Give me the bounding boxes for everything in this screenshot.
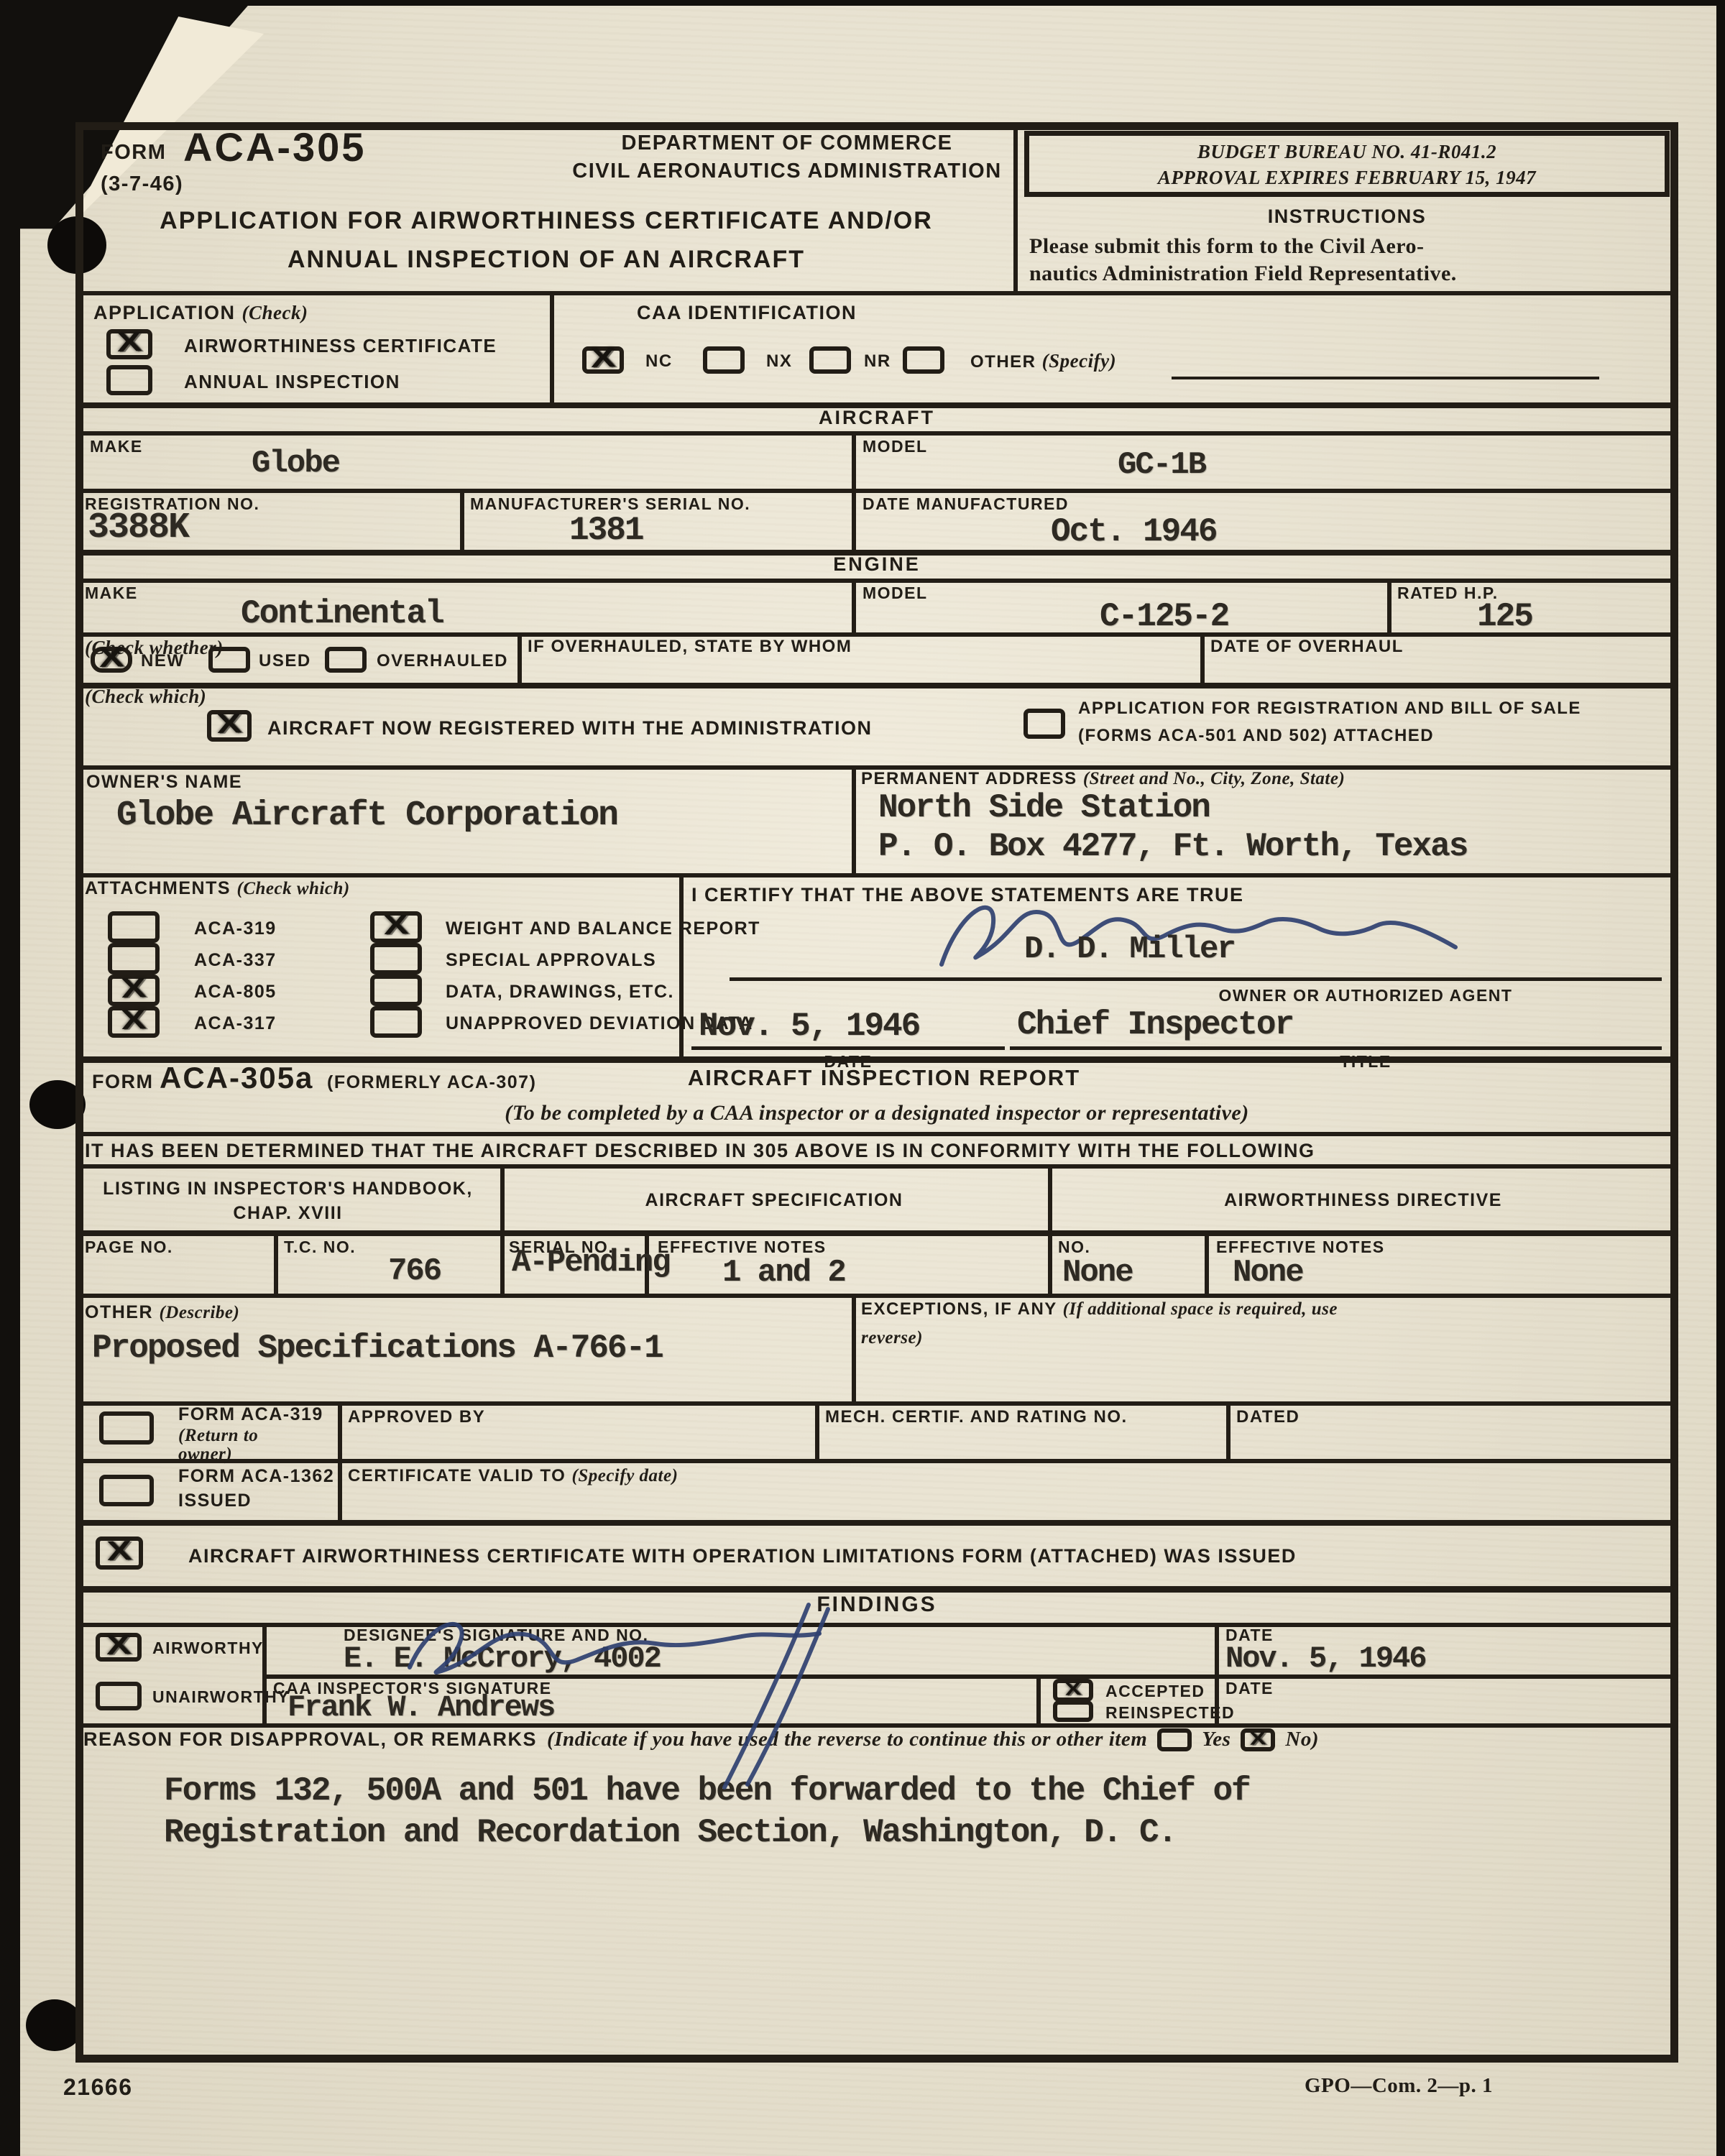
handbook-header-line2: CHAP. XVIII bbox=[75, 1203, 500, 1224]
engine-new-label: NEW bbox=[141, 651, 185, 671]
form-aca-319-return2: owner) bbox=[178, 1445, 232, 1465]
nx-label: NX bbox=[766, 351, 792, 372]
certificate-valid-label: CERTIFICATE VALID TO (Specify date) bbox=[348, 1466, 678, 1486]
aircraft-make-label: MAKE bbox=[90, 437, 143, 456]
certification-date-value: Nov. 5, 1946 bbox=[699, 1008, 919, 1045]
form-label: FORM bbox=[101, 141, 166, 165]
form-aca-319-checkbox bbox=[99, 1411, 154, 1445]
overhauled-by-label: IF OVERHAULED, STATE BY WHOM bbox=[528, 637, 852, 657]
report-form-number: ACA-305a bbox=[160, 1061, 313, 1095]
reinspected-label: REINSPECTED bbox=[1105, 1703, 1235, 1723]
attachments-label-paren: (Check which) bbox=[237, 879, 350, 898]
attachments-label: ATTACHMENTS (Check which) bbox=[85, 878, 350, 899]
owner-address-label-paren: (Street and No., City, Zone, State) bbox=[1083, 769, 1345, 788]
handbook-header-line1: LISTING IN INSPECTOR'S HANDBOOK, bbox=[75, 1179, 500, 1199]
form-aca-319-return1: (Return to bbox=[178, 1426, 258, 1446]
determination-statement: IT HAS BEEN DETERMINED THAT THE AIRCRAFT… bbox=[85, 1140, 1315, 1162]
exceptions-label-paren1: (If additional space is required, use bbox=[1063, 1299, 1338, 1319]
rated-hp-value: 125 bbox=[1477, 598, 1532, 635]
certificate-issued-label: AIRCRAFT AIRWORTHINESS CERTIFICATE WITH … bbox=[188, 1545, 1297, 1567]
remarks-line1: Forms 132, 500A and 501 have been forwar… bbox=[164, 1772, 1250, 1810]
rule bbox=[852, 765, 856, 873]
other-id-label-paren: (Specify) bbox=[1042, 350, 1116, 372]
rule bbox=[1200, 632, 1205, 683]
registered-label: AIRCRAFT NOW REGISTERED WITH THE ADMINIS… bbox=[267, 717, 872, 740]
directive-notes-value: None bbox=[1233, 1255, 1303, 1291]
airworthiness-certificate-label: AIRWORTHINESS CERTIFICATE bbox=[184, 335, 497, 357]
aca-319-checkbox bbox=[108, 911, 160, 943]
form-aca-1362-label: FORM ACA-1362 bbox=[178, 1466, 334, 1487]
engine-model-value: C-125-2 bbox=[1100, 598, 1228, 635]
exceptions-label-text: EXCEPTIONS, IF ANY bbox=[861, 1299, 1057, 1319]
other-id-label-text: OTHER bbox=[970, 352, 1036, 372]
effective-notes-label: EFFECTIVE NOTES bbox=[658, 1238, 827, 1257]
punch-hole-bottom bbox=[26, 1999, 83, 2051]
tc-no-value: 766 bbox=[388, 1253, 441, 1289]
aca-319-label: ACA-319 bbox=[194, 918, 277, 939]
engine-section-title: ENGINE bbox=[75, 553, 1678, 576]
accepted-label: ACCEPTED bbox=[1105, 1682, 1205, 1701]
date-manufactured-value: Oct. 1946 bbox=[1051, 513, 1216, 550]
directive-header: AIRWORTHINESS DIRECTIVE bbox=[1048, 1190, 1678, 1211]
certification-title-value: Chief Inspector bbox=[1017, 1006, 1293, 1044]
remarks-paren-close: ) bbox=[1312, 1728, 1319, 1751]
spec-header: AIRCRAFT SPECIFICATION bbox=[500, 1190, 1048, 1211]
designee-signature-name: E. E. McCrory, 4002 bbox=[344, 1641, 661, 1676]
engine-new-checkbox bbox=[91, 647, 132, 673]
registration-attached-label1: APPLICATION FOR REGISTRATION AND BILL OF… bbox=[1078, 699, 1581, 719]
budget-line1: BUDGET BUREAU NO. 41-R041.2 bbox=[1029, 141, 1665, 163]
airworthiness-certificate-checkbox bbox=[106, 329, 152, 359]
remarks-line2: Registration and Recordation Section, Wa… bbox=[164, 1814, 1176, 1851]
rule bbox=[338, 1401, 342, 1459]
unairworthy-label: UNAIRWORTHY bbox=[152, 1687, 290, 1707]
date-manufactured-label: DATE MANUFACTURED bbox=[862, 494, 1069, 514]
form-aca-319-label: FORM ACA-319 bbox=[178, 1404, 323, 1425]
aca-317-checkbox bbox=[108, 1006, 160, 1038]
tc-no-label: T.C. NO. bbox=[284, 1238, 356, 1257]
other-id-checkbox bbox=[903, 346, 944, 374]
caa-inspector-signature-name: Frank W. Andrews bbox=[287, 1690, 554, 1725]
date-line bbox=[691, 1046, 1005, 1050]
remarks-no-label: No) bbox=[1285, 1728, 1319, 1751]
instructions-line1: Please submit this form to the Civil Aer… bbox=[1029, 234, 1425, 259]
application-label: APPLICATION (Check) bbox=[93, 302, 308, 324]
signature-line bbox=[730, 977, 1662, 981]
rule bbox=[852, 431, 856, 489]
page-no-label: PAGE NO. bbox=[85, 1238, 173, 1257]
form-aca-1362-checkbox bbox=[99, 1475, 154, 1506]
rule bbox=[83, 683, 1670, 688]
aircraft-model-value: GC-1B bbox=[1118, 447, 1205, 483]
rule bbox=[83, 632, 1670, 637]
nr-label: NR bbox=[864, 351, 891, 372]
certification-title-label: TITLE bbox=[1222, 1052, 1509, 1072]
aircraft-section-title: AIRCRAFT bbox=[75, 407, 1678, 429]
owner-address-label: PERMANENT ADDRESS (Street and No., City,… bbox=[861, 769, 1345, 789]
annual-inspection-checkbox bbox=[106, 365, 152, 395]
rule bbox=[83, 1586, 1670, 1593]
findings-section-title: FINDINGS bbox=[75, 1593, 1678, 1617]
unapproved-deviation-checkbox bbox=[370, 1006, 422, 1038]
remarks-yes-checkbox bbox=[1157, 1728, 1192, 1751]
reinspected-checkbox bbox=[1053, 1700, 1093, 1722]
other-id-label: OTHER (Specify) bbox=[970, 350, 1116, 372]
rule bbox=[83, 579, 1670, 583]
engine-used-checkbox bbox=[208, 647, 250, 673]
remarks-header: REASON FOR DISAPPROVAL, OR REMARKS (Indi… bbox=[83, 1728, 1672, 1751]
registration-attached-checkbox bbox=[1023, 709, 1065, 739]
aca-337-label: ACA-337 bbox=[194, 950, 277, 971]
form-revision: (3-7-46) bbox=[101, 172, 183, 196]
owner-signature-name: D. D. Miller bbox=[1024, 931, 1235, 967]
certify-statement: I CERTIFY THAT THE ABOVE STATEMENTS ARE … bbox=[691, 884, 1244, 906]
aircraft-make-value: Globe bbox=[252, 446, 339, 482]
rule bbox=[1387, 579, 1391, 632]
exceptions-label-paren2: reverse) bbox=[861, 1328, 923, 1348]
rule bbox=[1226, 1401, 1230, 1459]
exceptions-label: EXCEPTIONS, IF ANY (If additional space … bbox=[861, 1299, 1338, 1319]
rule bbox=[83, 1459, 1670, 1463]
mfr-serial-value: 1381 bbox=[569, 512, 643, 549]
engine-used-label: USED bbox=[259, 651, 311, 671]
rule bbox=[1205, 1230, 1209, 1294]
application-label-text: APPLICATION bbox=[93, 302, 236, 323]
other-value: Proposed Specifications A-766-1 bbox=[92, 1330, 663, 1367]
certificate-valid-text: CERTIFICATE VALID TO bbox=[348, 1466, 566, 1485]
annual-inspection-label: ANNUAL INSPECTION bbox=[184, 371, 400, 393]
rule bbox=[83, 431, 1670, 436]
report-formerly: (FORMERLY ACA-307) bbox=[327, 1072, 536, 1093]
application-label-paren: (Check) bbox=[242, 302, 308, 323]
rule bbox=[815, 1401, 819, 1459]
remarks-no-checkbox bbox=[1241, 1728, 1275, 1751]
special-approvals-checkbox bbox=[370, 943, 422, 975]
registration-attached-label2: (FORMS ACA-501 AND 502) ATTACHED bbox=[1078, 726, 1434, 746]
rule bbox=[517, 632, 522, 683]
rule bbox=[83, 1230, 1670, 1236]
form-number: ACA-305 bbox=[183, 124, 366, 170]
rule bbox=[83, 291, 1670, 295]
other-id-blank-line bbox=[1172, 377, 1599, 379]
check-which-label: (Check which) bbox=[85, 686, 206, 708]
approved-by-label: APPROVED BY bbox=[348, 1407, 485, 1427]
form-title-line1: APPLICATION FOR AIRWORTHINESS CERTIFICAT… bbox=[90, 207, 1003, 235]
rule bbox=[338, 1459, 342, 1520]
rule bbox=[852, 1294, 856, 1401]
engine-model-label: MODEL bbox=[862, 584, 928, 603]
other-describe-label: OTHER (Describe) bbox=[85, 1302, 239, 1323]
rule bbox=[83, 1520, 1670, 1526]
nr-checkbox bbox=[809, 346, 851, 374]
rule bbox=[1048, 1230, 1052, 1294]
footer-gpo: GPO—Com. 2—p. 1 bbox=[1305, 2074, 1493, 2098]
form-title-line2: ANNUAL INSPECTION OF AN AIRCRAFT bbox=[90, 246, 1003, 274]
rule bbox=[852, 579, 856, 632]
rule bbox=[460, 489, 464, 550]
mfr-serial-label: MANUFACTURER'S SERIAL NO. bbox=[470, 494, 750, 514]
rule bbox=[500, 1230, 505, 1294]
aircraft-model-label: MODEL bbox=[862, 437, 928, 456]
data-drawings-label: DATA, DRAWINGS, ETC. bbox=[446, 982, 674, 1003]
other-label-paren: (Describe) bbox=[159, 1303, 239, 1322]
registration-no-value: 3388K bbox=[88, 507, 188, 548]
nc-checkbox bbox=[582, 346, 624, 374]
directive-no-value: None bbox=[1062, 1255, 1133, 1291]
remarks-yes-label: Yes bbox=[1202, 1728, 1230, 1751]
report-title: AIRCRAFT INSPECTION REPORT bbox=[575, 1065, 1193, 1091]
title-line bbox=[1010, 1046, 1662, 1050]
budget-line2: APPROVAL EXPIRES FEBRUARY 15, 1947 bbox=[1029, 167, 1665, 189]
weight-balance-checkbox bbox=[370, 911, 422, 943]
airworthy-label: AIRWORTHY bbox=[152, 1639, 264, 1658]
unairworthy-checkbox bbox=[96, 1682, 142, 1710]
owner-name-value: Globe Aircraft Corporation bbox=[116, 796, 617, 835]
rule bbox=[1013, 122, 1018, 291]
scanned-form-page: FORM ACA-305 (3-7-46) DEPARTMENT OF COMM… bbox=[0, 0, 1725, 2156]
nx-checkbox bbox=[703, 346, 745, 374]
report-form-label: FORM bbox=[92, 1071, 153, 1093]
form-aca-1362-issued: ISSUED bbox=[178, 1491, 252, 1511]
dept-line2: CIVIL AERONAUTICS ADMINISTRATION bbox=[561, 160, 1013, 183]
nc-label: NC bbox=[645, 351, 673, 372]
rule bbox=[262, 1623, 267, 1723]
rule bbox=[83, 1623, 1670, 1627]
rule bbox=[83, 873, 1670, 877]
instructions-title: INSTRUCTIONS bbox=[1024, 206, 1670, 228]
mech-certif-label: MECH. CERTIF. AND RATING NO. bbox=[825, 1407, 1128, 1427]
rule bbox=[83, 1164, 1670, 1169]
instructions-line2: nautics Administration Field Representat… bbox=[1029, 262, 1457, 286]
remarks-label-paren: (Indicate if you have used the reverse t… bbox=[547, 1728, 1147, 1751]
registered-checkbox bbox=[207, 710, 252, 742]
findings-date2-label: DATE bbox=[1225, 1679, 1274, 1698]
aca-805-label: ACA-805 bbox=[194, 982, 277, 1003]
owner-name-label: OWNER'S NAME bbox=[86, 772, 242, 793]
accepted-checkbox bbox=[1053, 1679, 1093, 1702]
owner-address-label-text: PERMANENT ADDRESS bbox=[861, 769, 1077, 788]
certificate-issued-checkbox bbox=[96, 1537, 143, 1570]
footer-stock-number: 21666 bbox=[63, 2074, 132, 2101]
certificate-valid-paren: (Specify date) bbox=[572, 1466, 678, 1485]
caa-identification-label: CAA IDENTIFICATION bbox=[637, 302, 857, 324]
rule bbox=[1036, 1674, 1041, 1723]
dept-line1: DEPARTMENT OF COMMERCE bbox=[561, 132, 1013, 155]
rule bbox=[274, 1230, 278, 1294]
owner-address-line2: P. O. Box 4277, Ft. Worth, Texas bbox=[878, 828, 1467, 865]
remarks-no-text: No bbox=[1285, 1728, 1311, 1751]
data-drawings-checkbox bbox=[370, 975, 422, 1006]
engine-make-value: Continental bbox=[241, 595, 443, 632]
special-approvals-label: SPECIAL APPROVALS bbox=[446, 950, 656, 971]
other-label-text: OTHER bbox=[85, 1302, 153, 1322]
aca-805-checkbox bbox=[108, 975, 160, 1006]
agent-label: OWNER OR AUTHORIZED AGENT bbox=[1078, 986, 1653, 1005]
rule bbox=[83, 1132, 1670, 1136]
directive-notes-label: EFFECTIVE NOTES bbox=[1216, 1238, 1385, 1257]
rule bbox=[852, 489, 856, 550]
directive-no-label: NO. bbox=[1058, 1238, 1090, 1257]
weight-balance-label: WEIGHT AND BALANCE REPORT bbox=[446, 918, 760, 939]
engine-overhauled-label: OVERHAULED bbox=[377, 651, 508, 671]
aca-337-checkbox bbox=[108, 943, 160, 975]
airworthy-checkbox bbox=[96, 1633, 142, 1662]
remarks-label: REASON FOR DISAPPROVAL, OR REMARKS bbox=[83, 1728, 537, 1751]
owner-address-line1: North Side Station bbox=[878, 789, 1210, 826]
rule bbox=[83, 489, 1670, 493]
serial-no-value: A-Pending bbox=[512, 1245, 670, 1281]
engine-overhauled-checkbox bbox=[325, 647, 367, 673]
report-subtitle: (To be completed by a CAA inspector or a… bbox=[216, 1101, 1538, 1125]
rule bbox=[550, 291, 554, 402]
dated-label: DATED bbox=[1236, 1407, 1299, 1427]
aca-317-label: ACA-317 bbox=[194, 1013, 277, 1034]
attachments-label-text: ATTACHMENTS bbox=[85, 878, 231, 898]
overhaul-date-label: DATE OF OVERHAUL bbox=[1210, 637, 1404, 657]
findings-date1-value: Nov. 5, 1946 bbox=[1225, 1641, 1425, 1676]
engine-make-label: MAKE bbox=[85, 584, 138, 603]
effective-notes-value: 1 and 2 bbox=[722, 1255, 845, 1291]
rule bbox=[83, 1294, 1670, 1298]
